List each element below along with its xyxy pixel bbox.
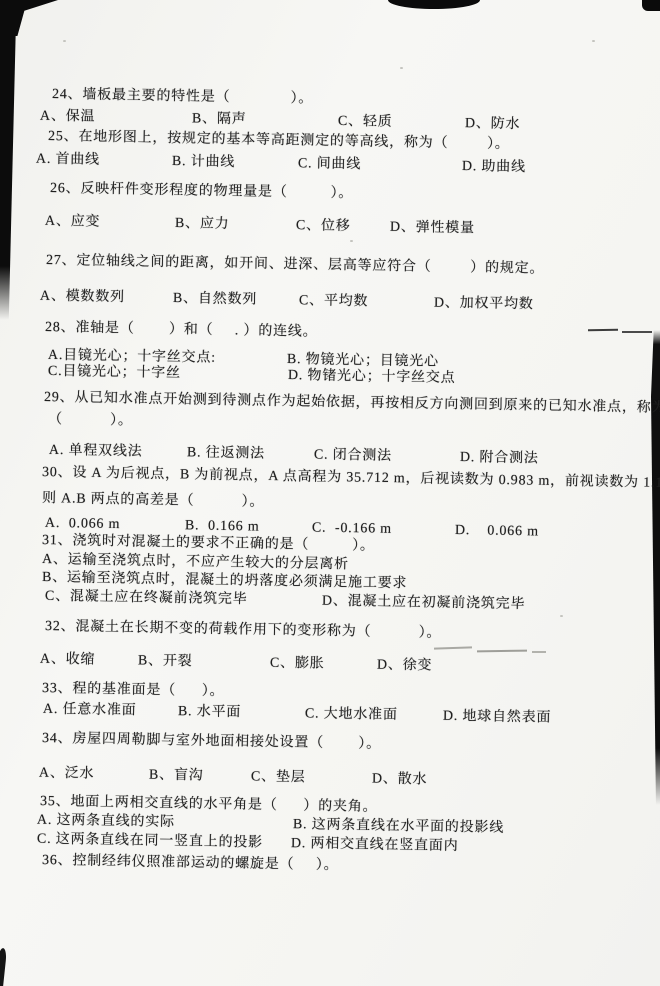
question-29-option-c: C. 闭合测法: [314, 446, 392, 464]
question-30-stem-line2: 则 A.B 两点的高差是（ ）。: [42, 490, 265, 511]
question-27-options: A、模数数列 B、自然数列 C、平均数 D、加权平均数: [0, 287, 625, 315]
question-33-option-c: C. 大地水准面: [305, 705, 398, 724]
question-31-options-row: C、混凝土应在终凝前浇筑完毕 D、混凝土应在初凝前浇筑完毕: [0, 587, 625, 615]
question-24-option-b: B、隔声: [192, 110, 247, 128]
question-27-stem: 27、定位轴线之间的距离，如开间、进深、层高等应符合（ ）的规定。: [46, 252, 545, 278]
question-25-option-b: B. 计曲线: [172, 153, 235, 171]
question-34-options: A、泛水 B、盲沟 C、垫层 D、散水: [0, 764, 625, 792]
question-27-option-d: D、加权平均数: [434, 295, 534, 314]
question-30-option-b: B. 0.166 m: [185, 517, 260, 535]
question-29-option-a: A. 单程双线法: [49, 442, 143, 461]
scan-artifact-bottom-left: [0, 948, 7, 986]
question-36-stem: 36、控制经纬仪照准部运动的螺旋是（ ）。: [42, 852, 339, 874]
question-35-option-a: A. 这两条直线的实际: [37, 812, 175, 831]
question-33-option-d: D. 地球自然表面: [443, 708, 552, 727]
pencil-mark: [434, 646, 472, 649]
question-27-option-b: B、自然数列: [173, 290, 257, 308]
question-33-option-b: B. 水平面: [178, 703, 241, 721]
scan-artifact-top-edge-band: [388, 0, 480, 9]
question-34-option-b: B、盲沟: [149, 767, 204, 785]
question-34-option-a: A、泛水: [39, 765, 95, 783]
question-28-option-d: D. 物锗光心；十字丝交点: [288, 367, 456, 387]
scan-artifact-right-dash: [588, 329, 618, 332]
scan-artifact-right-dash: [622, 331, 652, 333]
question-26-option-c: C、位移: [296, 217, 351, 235]
question-24-option-a: A、保温: [40, 108, 96, 126]
scan-speck: [400, 67, 403, 69]
question-24-stem: 24、墙板最主要的特性是（ ）。: [52, 86, 313, 108]
question-28-option-c: C.目镜光心；十字丝: [48, 363, 181, 382]
pencil-mark: [532, 651, 546, 653]
question-32-stem: 32、混凝土在长期不变的荷载作用下的变形称为（ ）。: [45, 618, 442, 642]
question-33-stem: 33、程的基准面是（ ）。: [42, 680, 225, 700]
question-32-option-d: D、徐变: [377, 657, 433, 675]
question-24-option-d: D、防水: [465, 115, 521, 133]
scan-speck: [560, 615, 563, 617]
question-27-option-c: C、平均数: [299, 292, 369, 310]
question-29-option-b: B. 往返测法: [187, 444, 265, 462]
question-25-option-a: A. 首曲线: [36, 151, 100, 169]
scan-speck: [350, 240, 353, 242]
question-25-option-d: D. 助曲线: [462, 158, 526, 176]
question-34-option-d: D、散水: [372, 770, 428, 788]
question-30-stem-line1: 30、设 A 为后视点，B 为前视点，A 点高程为 35.712 m，后视读数为…: [42, 464, 660, 493]
question-35-option-b: B. 这两条直线在水平面的投影线: [293, 816, 504, 837]
question-29-stem-line2: （ ）。: [48, 411, 133, 429]
question-33-options: A. 任意水准面 B. 水平面 C. 大地水准面 D. 地球自然表面: [0, 700, 625, 728]
question-32-option-b: B、开裂: [138, 652, 193, 670]
question-31-option-d: D、混凝土应在初凝前浇筑完毕: [322, 593, 526, 614]
question-32-options: A、收缩 B、开裂 C、膨胀 D、徐变: [0, 650, 625, 678]
question-32-option-c: C、膨胀: [270, 655, 325, 673]
question-35-option-c: C. 这两条直线在同一竖直上的投影: [37, 831, 263, 852]
question-31-option-c: C、混凝土应在终凝前浇筑完毕: [45, 588, 248, 609]
question-29-option-d: D. 附合测法: [460, 449, 539, 467]
scan-speck: [63, 40, 66, 42]
question-34-stem: 34、房屋四周勒脚与室外地面相接处设置（ ）。: [42, 730, 381, 753]
question-24-option-c: C、轻质: [338, 113, 393, 131]
question-25-options: A. 首曲线 B. 计曲线 C. 间曲线 D. 助曲线: [0, 150, 625, 178]
scan-speck: [592, 40, 595, 42]
question-26-option-d: D、弹性模量: [390, 219, 475, 237]
question-26-option-a: A、应变: [45, 213, 101, 231]
question-29-stem-line1: 29、从已知水准点开始测到待测点作为起始依据，再按相反方向测回到原来的已知水准点…: [44, 389, 660, 417]
question-26-option-b: B、应力: [175, 215, 230, 233]
question-26-options: A、应变 B、应力 C、位移 D、弹性模量: [0, 212, 625, 240]
scanned-exam-page: 24、墙板最主要的特性是（ ）。 A、保温 B、隔声 C、轻质 D、防水 25、…: [0, 0, 660, 986]
question-33-option-a: A. 任意水准面: [43, 701, 137, 720]
question-30-option-a: A. 0.066 m: [45, 515, 121, 533]
question-25-option-c: C. 间曲线: [298, 155, 361, 173]
question-32-option-a: A、收缩: [40, 651, 96, 669]
question-28-stem: 28、准轴是（ ）和（ . ）的连线。: [45, 319, 318, 341]
question-25-stem: 25、在地形图上，按规定的基本等高距测定的等高线，称为（ ）。: [48, 128, 510, 153]
question-34-option-c: C、垫层: [251, 768, 306, 786]
scan-artifact-top-right-corner: [642, 0, 660, 11]
question-35-option-d: D. 两相交直线在竖直面内: [291, 835, 459, 855]
question-30-option-c: C. -0.166 m: [312, 519, 392, 537]
pencil-mark: [477, 650, 527, 653]
question-26-stem: 26、反映杆件变形程度的物理量是（ ）。: [50, 180, 353, 202]
question-27-option-a: A、模数数列: [40, 288, 125, 306]
question-30-option-d: D. 0.066 m: [455, 522, 539, 540]
